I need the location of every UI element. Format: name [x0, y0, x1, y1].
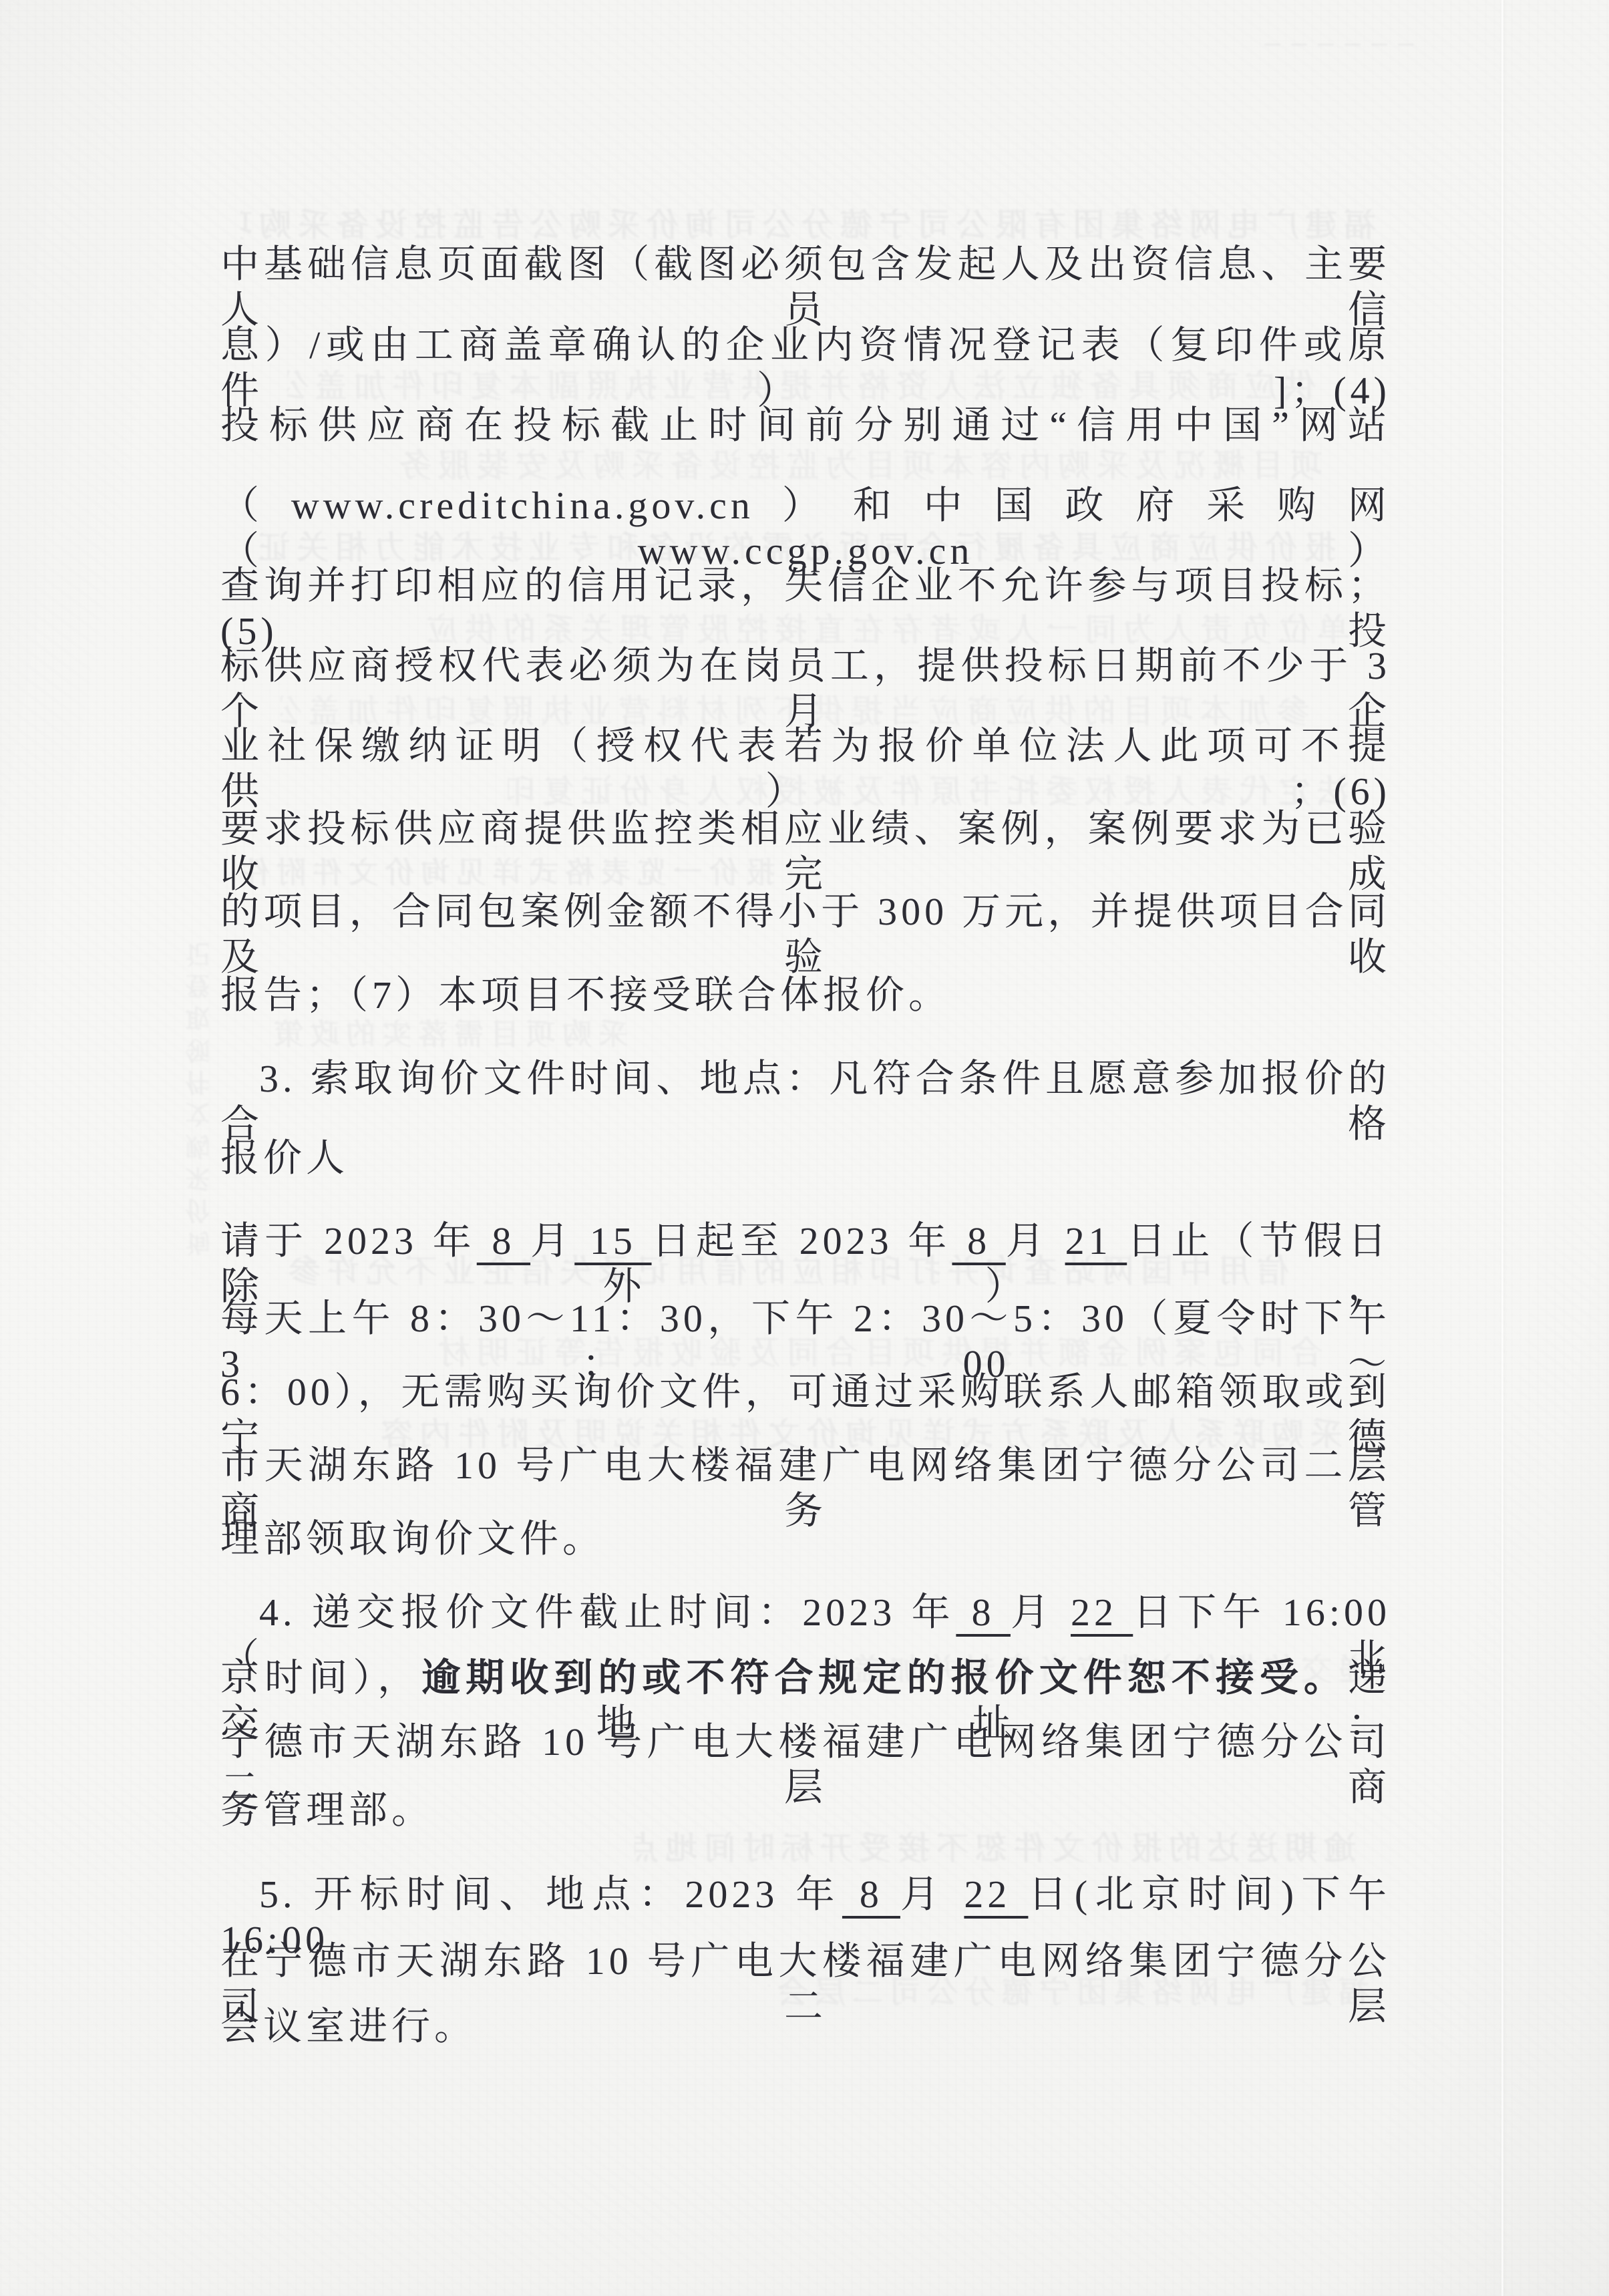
text-run: 日起至 2023 年 [652, 1219, 952, 1263]
text-line: 中基础信息页面截图（截图必须包含发起人及出资信息、主要人员信 [220, 242, 1391, 333]
text-line: 业社保缴纳证明（授权代表若为报价单位法人此项可不提供）；(6) [220, 723, 1391, 815]
text-run: 投标供应商在投标截止时间前分别通过“信用中国”网站 [220, 403, 1391, 447]
text-run: 息）/或由工商盖章确认的企业内资情况登记表（复印件或原件）]；(4) [220, 323, 1391, 412]
text-line: 投标供应商在投标截止时间前分别通过“信用中国”网站 [220, 403, 1391, 448]
text-line: 报告；（7）本项目不接受联合体报价。 [220, 973, 1391, 1018]
text-line: 务管理部。 [220, 1788, 1391, 1833]
text-run: 月 [1011, 1591, 1071, 1634]
text-run: 标供应商授权代表必须为在岗员工，提供投标日期前不少于 3 个月企 [220, 644, 1391, 733]
text-run: 4. 递交报价文件截止时间：2023 年 [259, 1591, 956, 1634]
text-run: 5. 开标时间、地点：2023 年 [259, 1872, 842, 1916]
text-run: 中基础信息页面截图（截图必须包含发起人及出资信息、主要人员信 [220, 242, 1391, 331]
text-line: 会议室进行。 [220, 2004, 1391, 2049]
text-run: 月 [1006, 1219, 1065, 1263]
text-run: 业社保缴纳证明（授权代表若为报价单位法人此项可不提供）；(6) [220, 724, 1391, 813]
scanned-document-page: －－－－－－福建广电网络集团有限公司宁德分公司询价采购公告监控设备采购项目供应商… [0, 0, 1609, 2296]
text-run: 请于 2023 年 [220, 1219, 477, 1263]
text-run: 京时间）， [220, 1656, 421, 1699]
text-line: （www.creditchina.gov.cn）和中国政府采购网（www.ccg… [220, 483, 1391, 575]
text-run: 务管理部。 [220, 1788, 434, 1832]
underlined-date-field: 15 [574, 1219, 651, 1263]
underlined-date-field: 22 [964, 1872, 1028, 1916]
text-run: 查询并打印相应的信用记录，失信企业不允许参与项目投标；(5) 投 [220, 564, 1391, 653]
underlined-date-field: 8 [956, 1591, 1011, 1634]
text-line: 理部领取询价文件。 [220, 1516, 1391, 1562]
text-run: 月 [530, 1219, 574, 1263]
text-line: 要求投标供应商提供监控类相应业绩、案例，案例要求为已验收完成 [220, 806, 1391, 898]
text-run: 的项目，合同包案例金额不得小于 300 万元，并提供项目合同及验收 [220, 890, 1391, 979]
text-run: 会议室进行。 [220, 2005, 477, 2048]
text-line: 查询并打印相应的信用记录，失信企业不允许参与项目投标；(5) 投 [220, 563, 1391, 655]
scan-crease-line [1501, 0, 1503, 2296]
text-run: 要求投标供应商提供监控类相应业绩、案例，案例要求为已验收完成 [220, 807, 1391, 896]
text-line: 3. 索取询价文件时间、地点：凡符合条件且愿意参加报价的合格 [220, 1056, 1391, 1148]
underlined-date-field: 21 [1065, 1219, 1127, 1263]
text-run: 3. 索取询价文件时间、地点：凡符合条件且愿意参加报价的合格 [220, 1057, 1391, 1146]
underlined-date-field: 8 [477, 1219, 530, 1263]
bold-warning-text: 逾期收到的或不符合规定的报价文件恕不接受。 [421, 1656, 1348, 1699]
text-line: 的项目，合同包案例金额不得小于 300 万元，并提供项目合同及验收 [220, 889, 1391, 981]
text-run: 报告；（7）本项目不接受联合体报价。 [220, 973, 951, 1017]
text-run: 报价人 [220, 1136, 349, 1180]
underlined-date-field: 22 [1071, 1591, 1133, 1634]
text-run: 月 [900, 1872, 964, 1916]
text-line: 标供应商授权代表必须为在岗员工，提供投标日期前不少于 3 个月企 [220, 643, 1391, 735]
underlined-date-field: 8 [952, 1219, 1005, 1263]
text-line: 息）/或由工商盖章确认的企业内资情况登记表（复印件或原件）]；(4) [220, 323, 1391, 414]
text-line: 报价人 [220, 1136, 1391, 1181]
document-text-block: 中基础信息页面截图（截图必须包含发起人及出资信息、主要人员信息）/或由工商盖章确… [0, 0, 1609, 2296]
text-run: 理部领取询价文件。 [220, 1517, 605, 1561]
text-run: （www.creditchina.gov.cn）和中国政府采购网（www.ccg… [220, 484, 1391, 572]
underlined-date-field: 8 [842, 1872, 900, 1916]
